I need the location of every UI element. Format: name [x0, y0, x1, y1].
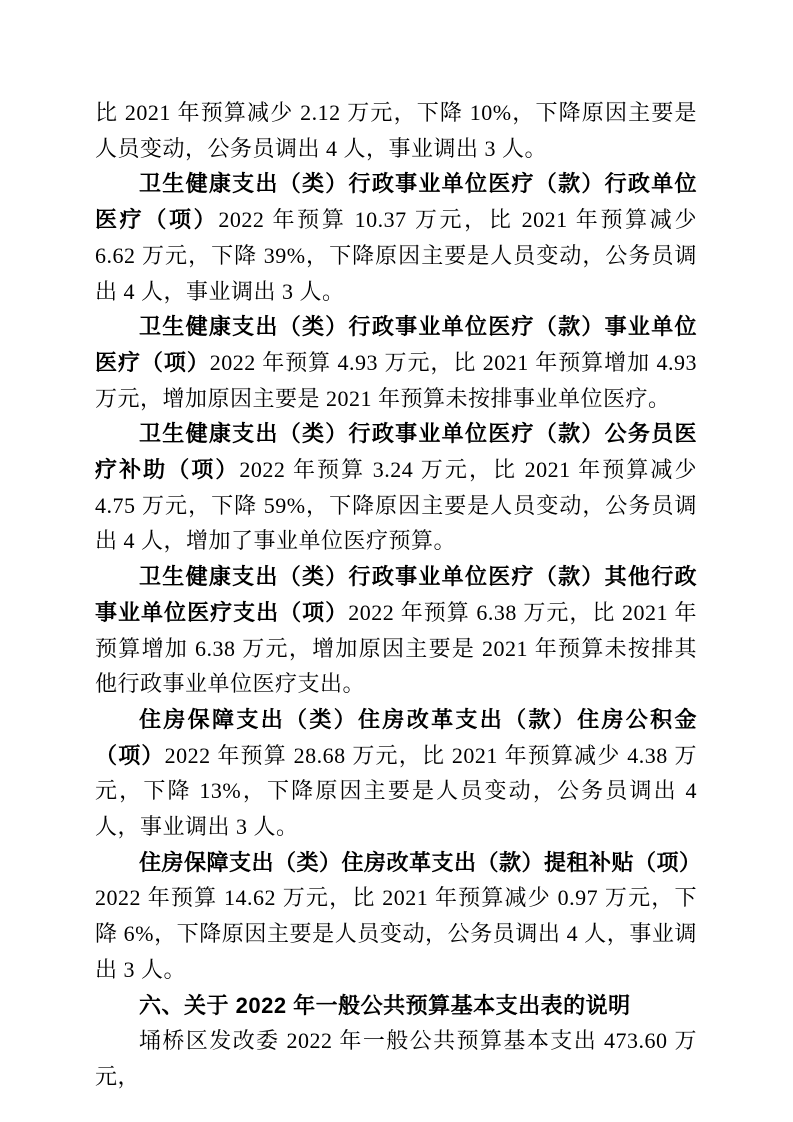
expense-category-title: 住房保障支出（类）住房改革支出（款）提租补贴（项）	[139, 850, 702, 875]
document-content: 比 2021 年预算减少 2.12 万元，下降 10%，下降原因主要是人员变动，…	[95, 95, 697, 1095]
paragraph-basic-expenditure-intro: 埇桥区发改委 2022 年一般公共预算基本支出 473.60 万元，	[95, 1023, 697, 1094]
document-page: 比 2021 年预算减少 2.12 万元，下降 10%，下降原因主要是人员变动，…	[0, 0, 793, 1122]
section-heading: 六、关于 2022 年一般公共预算基本支出表的说明	[95, 988, 697, 1024]
paragraph-text: 2022 年预算 28.68 万元，比 2021 年预算减少 4.38 万元，下…	[95, 743, 697, 839]
paragraph-institution-medical: 卫生健康支出（类）行政事业单位医疗（款）事业单位医疗（项）2022 年预算 4.…	[95, 309, 697, 416]
paragraph-other-medical-expense: 卫生健康支出（类）行政事业单位医疗（款）其他行政事业单位医疗支出（项）2022 …	[95, 559, 697, 702]
paragraph-continuation: 比 2021 年预算减少 2.12 万元，下降 10%，下降原因主要是人员变动，…	[95, 95, 697, 166]
paragraph-admin-unit-medical: 卫生健康支出（类）行政事业单位医疗（款）行政单位医疗（项）2022 年预算 10…	[95, 166, 697, 309]
paragraph-rent-subsidy: 住房保障支出（类）住房改革支出（款）提租补贴（项）2022 年预算 14.62 …	[95, 845, 697, 988]
paragraph-text: 2022 年预算 14.62 万元，比 2021 年预算减少 0.97 万元，下…	[95, 885, 697, 981]
paragraph-civil-servant-medical-subsidy: 卫生健康支出（类）行政事业单位医疗（款）公务员医疗补助（项）2022 年预算 3…	[95, 416, 697, 559]
paragraph-housing-fund: 住房保障支出（类）住房改革支出（款）住房公积金（项）2022 年预算 28.68…	[95, 702, 697, 845]
